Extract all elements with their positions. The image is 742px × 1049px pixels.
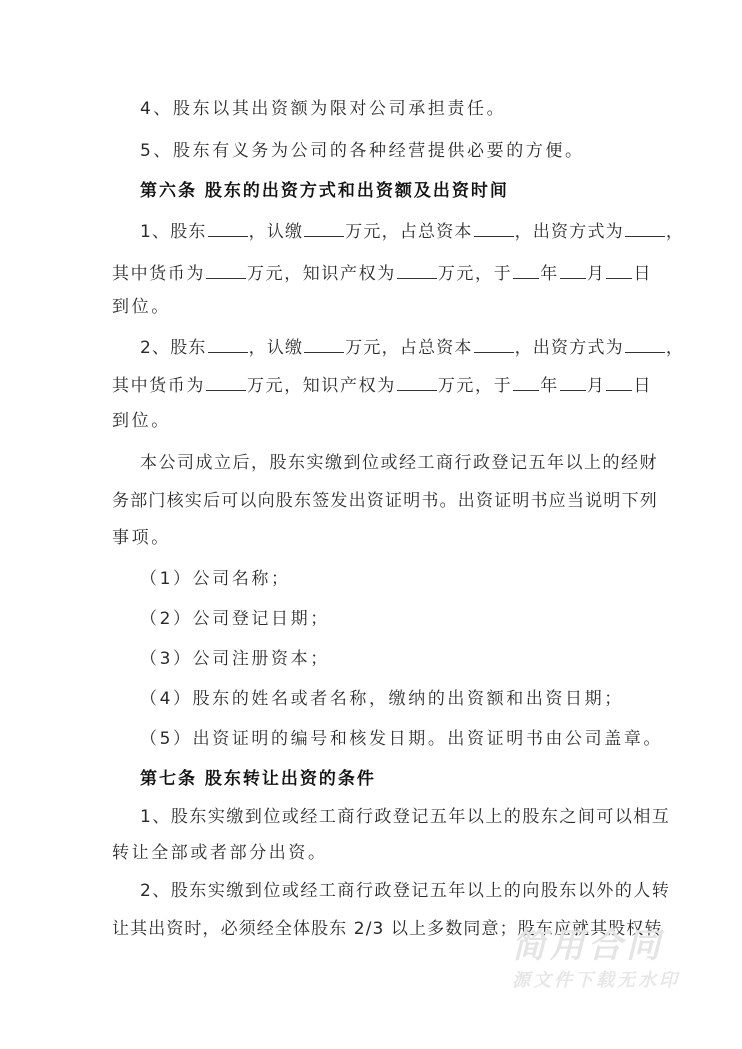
- article-7-item-2-line-1: 2、股东实缴到位或经工商行政登记五年以上的向股东以外的人转: [140, 880, 660, 902]
- certificate-item-3: （3）公司注册资本；: [140, 648, 660, 670]
- month-blank[interactable]: [560, 262, 586, 279]
- certificate-paragraph-line-3: 事项。: [112, 527, 632, 549]
- article-6-item-1-line-1: 1、股东，认缴万元，占总资本，出资方式为，: [140, 220, 660, 243]
- currency-amount-blank[interactable]: [206, 262, 246, 279]
- article-6-item-1-line-3: 到位。: [112, 296, 632, 318]
- capital-share-blank[interactable]: [474, 336, 514, 353]
- shareholder-name-blank[interactable]: [208, 336, 248, 353]
- clause-5-item-5: 5、股东有义务为公司的各种经营提供必要的方便。: [140, 140, 660, 162]
- month-blank[interactable]: [560, 374, 586, 391]
- article-6-item-2-line-3: 到位。: [112, 410, 632, 432]
- article-7-item-2-line-2: 让其出资时，必须经全体股东 2/3 以上多数同意；股东应就其股权转: [112, 918, 632, 940]
- watermark-subtitle: 源文件下载无水印: [512, 966, 680, 992]
- capital-share-blank[interactable]: [474, 220, 514, 237]
- contribution-method-blank[interactable]: [625, 336, 665, 353]
- article-7-item-1-line-1: 1、股东实缴到位或经工商行政登记五年以上的股东之间可以相互: [140, 806, 660, 828]
- shareholder-name-blank[interactable]: [208, 220, 248, 237]
- certificate-paragraph-line-2: 务部门核实后可以向股东签发出资证明书。出资证明书应当说明下列: [112, 490, 632, 512]
- currency-amount-blank[interactable]: [206, 374, 246, 391]
- article-7-item-1-line-2: 转让全部或者部分出资。: [112, 842, 632, 864]
- certificate-paragraph-line-1: 本公司成立后，股东实缴到位或经工商行政登记五年以上的经财: [140, 452, 660, 474]
- article-6-heading: 第六条 股东的出资方式和出资额及出资时间: [140, 180, 660, 202]
- certificate-item-4: （4）股东的姓名或者名称，缴纳的出资额和出资日期；: [140, 688, 660, 710]
- day-blank[interactable]: [606, 262, 632, 279]
- ip-amount-blank[interactable]: [397, 374, 437, 391]
- subscribed-amount-blank[interactable]: [304, 336, 344, 353]
- year-blank[interactable]: [513, 374, 539, 391]
- article-6-item-1-line-2: 其中货币为万元，知识产权为万元，于年月日: [112, 262, 632, 285]
- clause-5-item-4: 4、股东以其出资额为限对公司承担责任。: [140, 98, 660, 120]
- article-6-item-2-line-2: 其中货币为万元，知识产权为万元，于年月日: [112, 374, 632, 397]
- certificate-item-1: （1）公司名称；: [140, 568, 660, 590]
- day-blank[interactable]: [606, 374, 632, 391]
- document-page: 4、股东以其出资额为限对公司承担责任。 5、股东有义务为公司的各种经营提供必要的…: [0, 0, 742, 1049]
- certificate-item-2: （2）公司登记日期；: [140, 608, 660, 630]
- article-6-item-2-line-1: 2、股东，认缴万元，占总资本，出资方式为，: [140, 336, 660, 359]
- article-7-heading: 第七条 股东转让出资的条件: [140, 768, 660, 790]
- contribution-method-blank[interactable]: [625, 220, 665, 237]
- year-blank[interactable]: [513, 262, 539, 279]
- ip-amount-blank[interactable]: [397, 262, 437, 279]
- certificate-item-5: （5）出资证明的编号和核发日期。出资证明书由公司盖章。: [140, 728, 660, 750]
- subscribed-amount-blank[interactable]: [304, 220, 344, 237]
